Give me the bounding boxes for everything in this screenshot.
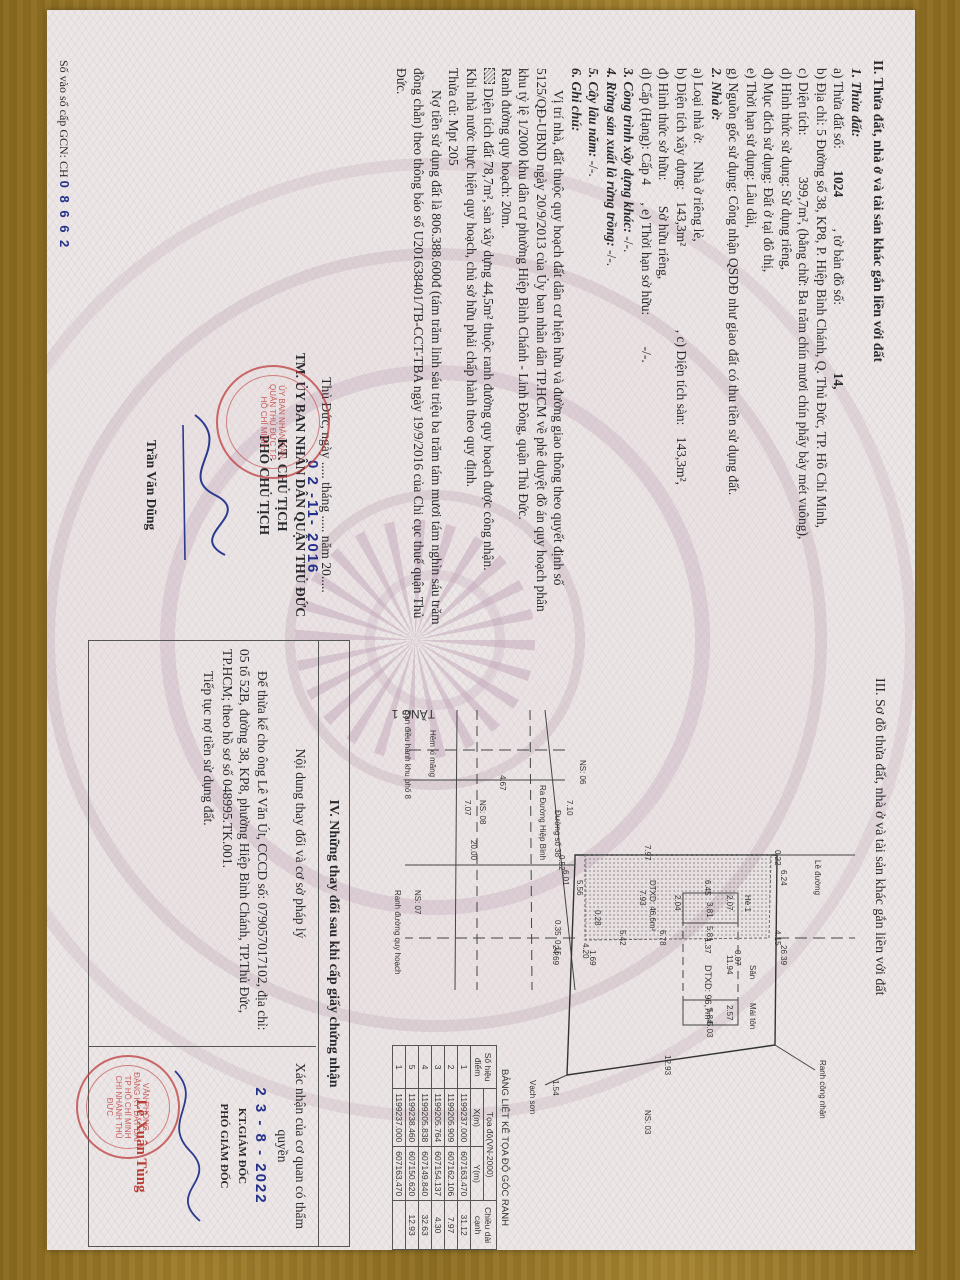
other-works-value: -/-. [622, 236, 637, 252]
change-content: Để thừa kế cho ông Lê Văn Út, CCCD số: 0… [219, 649, 272, 1041]
build-area-value: 143,3m² [674, 201, 689, 246]
use-form-value: Sử dụng riêng, [779, 190, 794, 270]
svg-text:1.37: 1.37 [703, 938, 712, 954]
svg-text:Sân: Sân [748, 965, 757, 979]
ownership-label: đ) Hình thức sở hữu: [657, 68, 672, 181]
table-cell: 1199238.460 [406, 1089, 419, 1147]
section-iv-divider [89, 1046, 316, 1047]
signer-name: Trần Văn Dũng [142, 340, 160, 630]
svg-text:6.01: 6.01 [561, 870, 570, 886]
purpose-label: đ) Mục đích sử dụng: [762, 68, 777, 184]
house-type-value: Nhà ở riêng lẻ, [692, 161, 707, 242]
table-cell: 607163.470 [393, 1147, 406, 1201]
table-row: 51199238.460607150.62012.93 [406, 1046, 419, 1250]
section-iv-col1-header: Nội dung thay đổi và cơ sở pháp lý [292, 641, 310, 1046]
section-iv-col2-header: Xác nhận của cơ quan có thẩm quyền [274, 1051, 309, 1241]
svg-text:0.15: 0.15 [553, 940, 562, 956]
svg-text:NS: 03: NS: 03 [643, 1110, 652, 1135]
svg-text:2.04: 2.04 [673, 895, 682, 911]
parcel-number-row: a) Thửa đất số: 1024 , tờ bản đồ số: 14, [830, 68, 848, 628]
table-cell: 607162.106 [445, 1147, 458, 1201]
map-sheet-value: 14, [832, 373, 847, 390]
col-x: X(m) [471, 1089, 484, 1147]
table-cell: 31.12 [458, 1201, 471, 1250]
note-compliance: Khi nhà nước thực hiện quy hoạch, chủ sở… [463, 68, 481, 628]
parcel-no-label: a) Thửa đất số: [832, 68, 847, 149]
house-heading: 2. Nhà ở: [708, 68, 726, 628]
table-cell: 5 [406, 1046, 419, 1089]
col-point: Số hiệu điểm [471, 1046, 497, 1089]
build-area-row: b) Diện tích xây dựng: 143,3m² , c) Diện… [673, 68, 691, 628]
production-forest-row: 4. Rừng sản xuất là rừng trồng: -/-. [603, 68, 621, 628]
other-works-row: 3. Công trình xây dựng khác: -/-. [620, 68, 638, 628]
origin-value: Công nhận QSDĐ như giao đất có thu tiền … [727, 196, 742, 496]
use-form-label: d) Hình thức sử dụng: [779, 68, 794, 187]
svg-text:12.93: 12.93 [663, 1055, 672, 1076]
svg-text:7.97: 7.97 [643, 845, 652, 861]
purpose-value: Đất ở tại đô thị, [762, 187, 777, 272]
table-row: 31199205.764607154.1374.30 [432, 1046, 445, 1250]
svg-text:0.52: 0.52 [557, 855, 566, 871]
term-label: e) Thời hạn sử dụng: [744, 68, 759, 180]
address-row: b) Địa chỉ: 5 Đường số 38, KP8, P. Hiệp … [813, 68, 831, 628]
confirm-date: 2 3 - 8 - 2022 [251, 1051, 269, 1241]
term-row: e) Thời hạn sử dụng: Lâu dài, [743, 68, 761, 628]
perennial-trees-row: 5. Cây lâu năm: -/-. [585, 68, 603, 628]
coordinate-table-wrap: BẢNG LIỆT KÊ TỌA ĐỘ GÓC RANH Số hiệu điể… [392, 1045, 510, 1250]
notes-heading: 6. Ghi chú: [568, 68, 586, 628]
area-row: c) Diện tích: 399,7m², (bằng chữ: Ba tră… [795, 68, 813, 628]
seal-text-2: VĂN PHÒNG ĐĂNG KÝ ĐẤT ĐAI TP HỒ CHÍ MINH… [106, 1071, 151, 1143]
house-type-row: a) Loại nhà ở: Nhà ở riêng lẻ, [690, 68, 708, 628]
svg-text:0.35: 0.35 [553, 920, 562, 936]
production-forest-value: -/-. [604, 250, 619, 266]
address-label: b) Địa chỉ: [814, 68, 829, 126]
area-label: c) Diện tích: [797, 68, 812, 135]
use-form-row: d) Hình thức sử dụng: Sử dụng riêng, [778, 68, 796, 628]
purpose-row: đ) Mục đích sử dụng: Đất ở tại đô thị, [760, 68, 778, 628]
svg-text:Lề đường: Lề đường [813, 860, 822, 895]
table-row: 41199205.838607149.84032.63 [419, 1046, 432, 1250]
svg-text:TẦNG 1: TẦNG 1 [391, 707, 435, 722]
floor-area-label: , c) Diện tích sàn: [674, 330, 689, 426]
perennial-trees-value: -/-. [587, 161, 602, 177]
official-seal-land-office: VĂN PHÒNG ĐĂNG KÝ ĐẤT ĐAI TP HỒ CHÍ MINH… [76, 1055, 180, 1159]
col-length: Chiều dài cạnh [471, 1201, 497, 1250]
svg-text:1.54: 1.54 [551, 1080, 560, 1096]
table-cell: 607154.137 [432, 1147, 445, 1201]
svg-text:NS: 08: NS: 08 [478, 800, 487, 825]
svg-text:6.24: 6.24 [779, 870, 788, 886]
table-cell: 4 [419, 1046, 432, 1089]
table-cell: 607149.840 [419, 1147, 432, 1201]
area-value: 399,7m², (bằng chữ: Ba trăm chín mươi ch… [797, 177, 812, 540]
svg-text:2.07: 2.07 [725, 895, 734, 911]
grade-row: d) Cấp (Hạng): Cấp 4 , e) Thời hạn sở hữ… [638, 68, 656, 628]
table-cell: 1199205.838 [419, 1089, 432, 1147]
floor-area-value: 143,3m², [674, 437, 689, 485]
land-use-certificate-page: II. Thửa đất, nhà ở và tài sản khác gắn … [47, 10, 915, 1250]
hatched-area-legend-icon [485, 68, 496, 84]
origin-row: g) Nguồn gốc sử dụng: Công nhận QSDĐ như… [725, 68, 743, 628]
production-forest-label: 4. Rừng sản xuất là rừng trồng: [604, 68, 619, 247]
section-ii-title: II. Thửa đất, nhà ở và tài sản khác gắn … [869, 60, 885, 362]
col-group-coords: Tọa độ(VN-2000) [484, 1089, 497, 1201]
change-content-2: Tiếp tục nợ tiền sử dụng đất. [200, 649, 218, 1041]
land-heading: 1. Thửa đất: [848, 68, 866, 628]
build-area-label: b) Diện tích xây dựng: [674, 68, 689, 190]
svg-text:Ra Đường Hiệp Bình: Ra Đường Hiệp Bình [538, 785, 547, 860]
note-old-parcel: Thửa cũ: Mpt 205 [445, 68, 463, 628]
own-term-value: -/-. [639, 347, 654, 363]
svg-text:DTXD: 46,6m²: DTXD: 46,6m² [648, 880, 657, 931]
svg-text:Hè 1: Hè 1 [743, 895, 752, 912]
ownership-row: đ) Hình thức sở hữu: Sở hữu riêng, [655, 68, 673, 628]
svg-text:2.57: 2.57 [725, 1005, 734, 1021]
note-planned-area-text: Diện tích đất 78,7m², sàn xây dựng 44,5m… [482, 88, 497, 571]
svg-text:0.22: 0.22 [773, 850, 782, 866]
col-y: Y(m) [471, 1147, 484, 1201]
ownership-value: Sở hữu riêng, [657, 206, 672, 279]
table-cell: 1 [393, 1046, 406, 1089]
table-cell: 1199205.764 [432, 1089, 445, 1147]
table-cell [393, 1201, 406, 1250]
official-seal-district: ỦY BAN NHÂN DÂN QUẬN THỦ ĐỨC T.P HỒ CHÍ … [216, 365, 330, 479]
serial-line: Số vào sổ cấp GCN: CH 0 8 6 6 2 [55, 60, 74, 249]
address-value: 5 Đường số 38, KP8, P. Hiệp Bình Chánh, … [814, 129, 829, 528]
svg-text:NS: 07: NS: 07 [413, 890, 422, 915]
other-works-label: 3. Công trình xây dựng khác: [622, 68, 637, 233]
table-cell: 1199205.909 [445, 1089, 458, 1147]
svg-text:20.00: 20.00 [469, 840, 478, 861]
table-row: 11199237.000607163.470 [393, 1046, 406, 1250]
svg-text:Ranh đường quy hoạch: Ranh đường quy hoạch [393, 890, 402, 974]
table-cell: 1199237.000 [458, 1089, 471, 1147]
seal-text: ỦY BAN NHÂN DÂN QUẬN THỦ ĐỨC T.P HỒ CHÍ … [260, 382, 287, 462]
section-iv-title: IV. Những thay đổi sau khi cấp giấy chứn… [318, 641, 349, 1246]
svg-text:6.45: 6.45 [703, 880, 712, 896]
table-row: 11199237.000607163.47031.12 [458, 1046, 471, 1250]
coordinate-table-title: BẢNG LIỆT KÊ TỌA ĐỘ GÓC RANH [497, 1045, 510, 1250]
svg-text:6.78: 6.78 [658, 930, 667, 946]
confirm-on-behalf: KT.GIÁM ĐỐC [233, 1051, 251, 1241]
section-ii-body: 1. Thửa đất: a) Thửa đất số: 1024 , tờ b… [393, 68, 866, 628]
table-cell: 7.97 [445, 1201, 458, 1250]
svg-text:5.42: 5.42 [618, 930, 627, 946]
grade-label: d) Cấp (Hạng): [639, 68, 654, 150]
stamped-date: 0 2 -11- 2016 [303, 460, 321, 574]
table-cell: 1199237.000 [393, 1089, 406, 1147]
svg-text:Ranh công nhận: Ranh công nhận [818, 1060, 827, 1119]
svg-text:NS: 06: NS: 06 [578, 760, 587, 785]
svg-text:4.15: 4.15 [773, 930, 782, 946]
svg-text:4.67: 4.67 [498, 775, 507, 791]
serial-label: Số vào sổ cấp GCN: CH [57, 60, 71, 178]
house-type-label: a) Loại nhà ở: [692, 68, 707, 144]
note-planning: Vị trí nhà, đất thuộc quy hoạch đất dân … [515, 68, 568, 628]
table-cell: 12.93 [406, 1201, 419, 1250]
serial-number: 0 8 6 6 2 [57, 181, 72, 250]
svg-text:5.56: 5.56 [575, 880, 584, 896]
svg-text:0.07: 0.07 [733, 950, 742, 966]
perennial-trees-label: 5. Cây lâu năm: [587, 68, 602, 157]
own-term-label: , e) Thời hạn sở hữu: [639, 202, 654, 315]
origin-label: g) Nguồn gốc sử dụng: [727, 68, 742, 192]
svg-text:4.20: 4.20 [581, 943, 590, 959]
svg-text:Ban điều hành khu phố 8: Ban điều hành khu phố 8 [403, 710, 412, 800]
svg-text:5.03: 5.03 [705, 1022, 714, 1038]
table-cell: 1 [458, 1046, 471, 1089]
note-land-fee-debt: Nợ tiền sử dụng đất là 806.388.600đ (tám… [393, 68, 446, 628]
coordinate-table: BẢNG LIỆT KÊ TỌA ĐỘ GÓC RANH Số hiệu điể… [392, 1045, 510, 1250]
svg-text:Hẻm xi măng: Hẻm xi măng [428, 730, 437, 777]
table-row: 21199205.909607162.1067.97 [445, 1046, 458, 1250]
table-cell: 2 [445, 1046, 458, 1089]
note-road-boundary: Ranh đường quy hoạch: 20m. [498, 68, 516, 628]
svg-text:7.07: 7.07 [463, 800, 472, 816]
svg-text:3.81: 3.81 [705, 902, 714, 918]
note-planned-area: Diện tích đất 78,7m², sàn xây dựng 44,5m… [480, 68, 498, 628]
svg-text:0.28: 0.28 [593, 910, 602, 926]
svg-text:7.93: 7.93 [638, 890, 647, 906]
table-cell: 607150.620 [406, 1147, 419, 1201]
svg-text:Mái tôn: Mái tôn [748, 1003, 757, 1029]
confirm-signer-title: PHÓ GIÁM ĐỐC [215, 1051, 233, 1241]
term-value: Lâu dài, [744, 184, 759, 228]
table-cell: 4.30 [432, 1201, 445, 1250]
svg-text:Vạch sơn: Vạch sơn [528, 1080, 537, 1114]
parcel-no-value: 1024 [832, 170, 847, 197]
table-cell: 32.63 [419, 1201, 432, 1250]
table-cell: 3 [432, 1046, 445, 1089]
svg-text:26.39: 26.39 [779, 945, 788, 966]
grade-value: Cấp 4 [639, 153, 654, 185]
svg-text:Đường số 38: Đường số 38 [553, 810, 562, 858]
svg-text:7.10: 7.10 [565, 800, 574, 816]
map-sheet-label: , tờ bản đồ số: [832, 229, 847, 306]
table-cell: 607163.470 [458, 1147, 471, 1201]
